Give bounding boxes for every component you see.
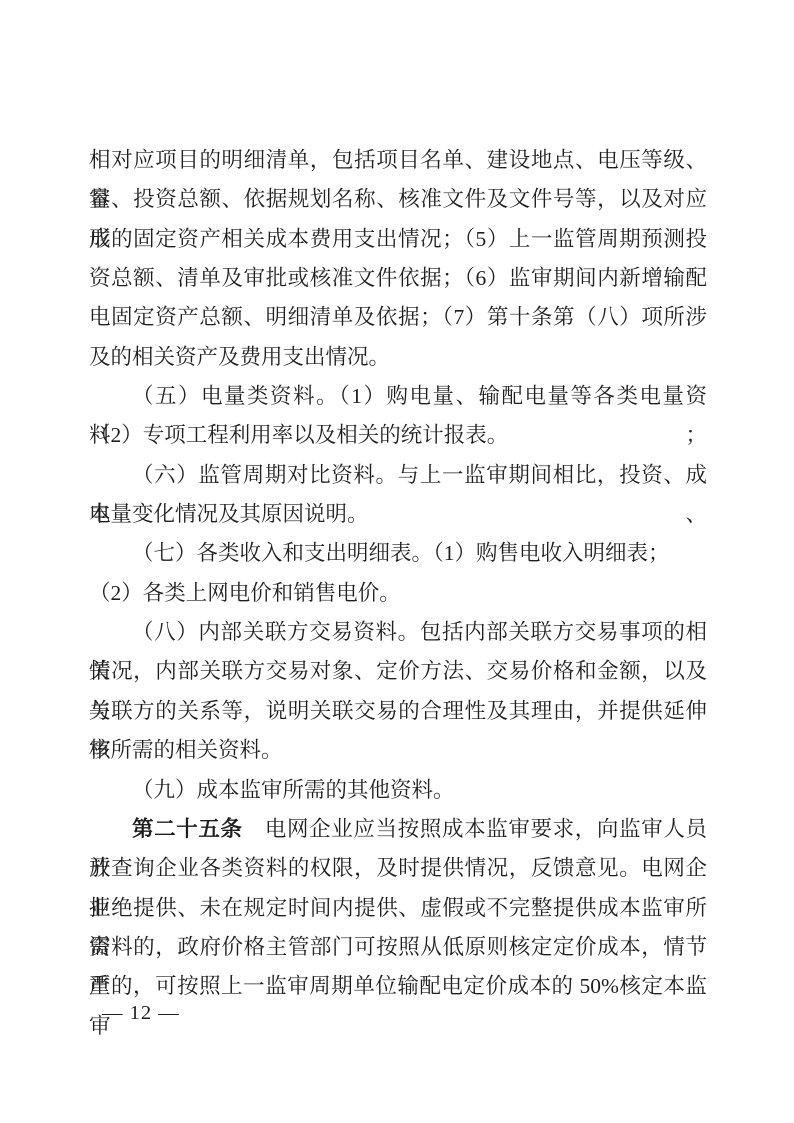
- text-line: 相对应项目的明细清单，包括项目名单、建设地点、电压等级、容: [89, 141, 707, 180]
- text-line: （五）电量类资料。（1）购电量、输配电量等各类电量资料；: [89, 377, 707, 416]
- text-line: 关联方的关系等，说明关联交易的合理性及其理由，并提供延伸审: [89, 692, 707, 731]
- text-line: 放查询企业各类资料的权限，及时提供情况，反馈意见。电网企业: [89, 849, 707, 888]
- paragraph-item-9: （九）成本监审所需的其他资料。: [89, 771, 707, 810]
- page-number: — 12 —: [102, 999, 180, 1027]
- text-line: （八）内部关联方交易资料。包括内部关联方交易事项的相关: [89, 613, 707, 652]
- text-line: （七）各类收入和支出明细表。（1）购售电收入明细表；: [89, 534, 707, 573]
- article-25-heading: 第二十五条: [132, 817, 243, 841]
- text-line: 情况，内部关联方交易对象、定价方法、交易价格和金额，以及与: [89, 652, 707, 691]
- paragraph-item-5: （五）电量类资料。（1）购电量、输配电量等各类电量资料； （2）专项工程利用率以…: [89, 377, 707, 456]
- text-line: 量、投资总额、依据规划名称、核准文件及文件号等，以及对应形: [89, 180, 707, 219]
- paragraph-item-8: （八）内部关联方交易资料。包括内部关联方交易事项的相关 情况，内部关联方交易对象…: [89, 613, 707, 770]
- page-number-text: — 12 —: [102, 1002, 180, 1024]
- text-line: 拒绝提供、未在规定时间内提供、虚假或不完整提供成本监审所需: [89, 889, 707, 928]
- document-page: 相对应项目的明细清单，包括项目名单、建设地点、电压等级、容 量、投资总额、依据规…: [0, 0, 794, 1123]
- paragraph-item-7: （七）各类收入和支出明细表。（1）购售电收入明细表； （2）各类上网电价和销售电…: [89, 534, 707, 613]
- text-line: 资料的，政府价格主管部门可按照从低原则核定定价成本，情节严: [89, 928, 707, 967]
- text-line: （九）成本监审所需的其他资料。: [89, 771, 707, 810]
- text-line: 成的固定资产相关成本费用支出情况；（5）上一监管周期预测投: [89, 220, 707, 259]
- text-line: 资总额、清单及审批或核准文件依据；（6）监审期间内新增输配: [89, 259, 707, 298]
- text-line: 及的相关资产及费用支出情况。: [89, 338, 707, 377]
- document-body: 相对应项目的明细清单，包括项目名单、建设地点、电压等级、容 量、投资总额、依据规…: [89, 141, 707, 1007]
- paragraph-continuation: 相对应项目的明细清单，包括项目名单、建设地点、电压等级、容 量、投资总额、依据规…: [89, 141, 707, 377]
- text-line: （六）监管周期对比资料。与上一监审期间相比，投资、成本、: [89, 456, 707, 495]
- text-line: 第二十五条 电网企业应当按照成本监审要求，向监审人员开: [89, 810, 707, 849]
- paragraph-article-25: 第二十五条 电网企业应当按照成本监审要求，向监审人员开 放查询企业各类资料的权限…: [89, 810, 707, 1007]
- paragraph-item-6: （六）监管周期对比资料。与上一监审期间相比，投资、成本、 电量变化情况及其原因说…: [89, 456, 707, 535]
- text-line: 核所需的相关资料。: [89, 731, 707, 770]
- text-line: 重的，可按照上一监审周期单位输配电定价成本的 50%核定本监审: [89, 967, 707, 1006]
- text-line: 电固定资产总额、明细清单及依据；（7）第十条第（八）项所涉: [89, 298, 707, 337]
- text-line: （2）各类上网电价和销售电价。: [89, 574, 707, 613]
